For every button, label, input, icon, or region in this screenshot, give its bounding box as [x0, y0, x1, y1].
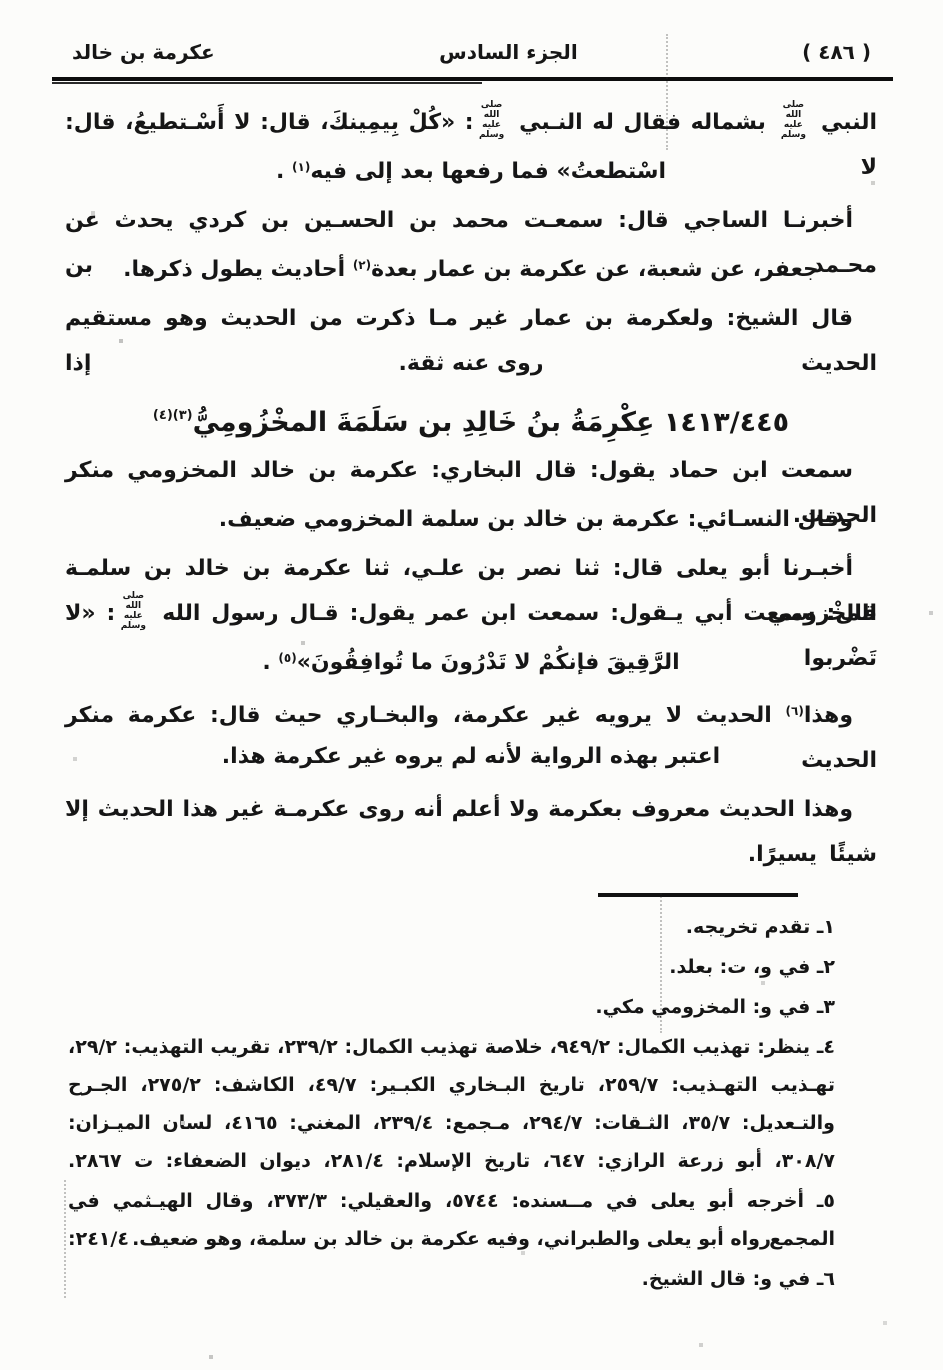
text-line: النبي صلى اللهعليه وسلم بشماله فقال له ا… [65, 100, 877, 145]
footnote-line: ٣٠٨/٧، أبو زرعة الرازي: ٦٤٧، تاريخ الإسل… [68, 1142, 835, 1180]
header-rule [52, 77, 893, 81]
part-title: الجزء السادس [439, 40, 578, 64]
pbuh-line1: صلى الله [474, 100, 510, 120]
paragraph-shaykh-comment: قال الشيخ: ولعكرمة بن عمار غير مـا ذكرت … [65, 296, 877, 386]
footnote-ref-5: (٥) [278, 651, 296, 665]
text-line: قال الشيخ: ولعكرمة بن عمار غير مـا ذكرت … [65, 296, 877, 341]
paragraph-hadith-eat-right-hand: النبي صلى اللهعليه وسلم بشماله فقال له ا… [65, 100, 877, 190]
text-segment: . [276, 159, 292, 184]
pbuh-line1: صلى الله [115, 591, 151, 611]
page-header: ( ٤٨٦ ) الجزء السادس عكرمة بن خالد [72, 40, 871, 64]
text-segment: جعفر، عن شعبة، عن عكرمة بن عمار بعدة [371, 257, 819, 282]
text-line: وقال النسـائي: عكرمة بن خالد بن سلمة الم… [65, 497, 877, 542]
text-line: يسيرًا. [65, 832, 877, 877]
entry-footnote-marks: (٣)(٤) [153, 408, 193, 423]
scan-noise [0, 0, 2, 2]
page-body: النبي صلى اللهعليه وسلم بشماله فقال له ا… [65, 100, 877, 885]
footnote-4-references: ٤ـ ينظر: تهذيب الكمال: ٩٤٩/٢، خلاصة تهذي… [68, 1028, 835, 1180]
text-segment: النبي [811, 110, 877, 135]
text-line: الرَّقِيقَ فإنكُمْ لا تَدْرُونَ ما تُواف… [65, 636, 877, 681]
paragraph-bukhari-quote: سمعت ابن حماد يقول: قال البخاري: عكرمة ب… [65, 448, 877, 493]
footnote-line: والتـعديل: ٣٥/٧، الثـقات: ٢٩٤/٧، مـجمع: … [68, 1104, 835, 1142]
footnote-5-takhrij: ٥ـ أخرجه أبو يعلى في مــسنده: ٥٧٤٤، والع… [68, 1182, 835, 1258]
text-segment: اسْتطعتُ» فما رفعها بعد إلى فيه [310, 159, 666, 184]
text-segment: الرَّقِيقَ فإنكُمْ لا تَدْرُونَ ما تُواف… [297, 650, 680, 675]
text-segment: وهذا [804, 703, 853, 728]
text-line: اعتبر بهذه الرواية لأنه لم يروه غير عكرم… [65, 734, 877, 779]
pbuh-symbol: صلى اللهعليه وسلم [115, 591, 151, 631]
paragraph-conclusion: وهذا الحديث معروف بعكرمة ولا أعلم أنه رو… [65, 787, 877, 877]
footnote-ref-1: (١) [292, 160, 310, 174]
footnote-line: ٥ـ أخرجه أبو يعلى في مــسنده: ٥٧٤٤، والع… [68, 1182, 835, 1220]
paragraph-saji-report: أخبرنـا الساجي قال: سمعـت محمد بن الحسـي… [65, 198, 877, 288]
text-segment: بشماله فقال له النـبي [510, 110, 776, 135]
header-rule-overprint [52, 82, 482, 84]
pbuh-line1: صلى الله [775, 100, 811, 120]
text-line: قال: سمعت أبي يـقول: سمعت ابن عمر يقول: … [65, 591, 877, 636]
pbuh-symbol: صلى اللهعليه وسلم [775, 100, 811, 140]
footnote-line: ٦ـ في و: قال الشيخ. [68, 1260, 835, 1298]
footnote-line: ٣ـ في و: المخزومي مكي. [68, 988, 835, 1026]
pbuh-line2: عليه وسلم [775, 120, 811, 140]
pbuh-symbol: صلى اللهعليه وسلم [474, 100, 510, 140]
footnote-1: ١ـ تقدم تخريجه. [68, 908, 835, 946]
book-page: ( ٤٨٦ ) الجزء السادس عكرمة بن خالد النبي… [0, 0, 943, 1370]
footnote-line: ٤ـ ينظر: تهذيب الكمال: ٩٤٩/٢، خلاصة تهذي… [68, 1028, 835, 1066]
footnote-line: رواه أبو يعلى والطبراني، وفيه عكرمة بن خ… [68, 1220, 835, 1258]
footnote-line: ٢ـ في و، ت: بعلد. [68, 948, 835, 986]
footnote-separator [598, 893, 798, 897]
text-line: أخبـرنا أبو يعلى قال: ثنا نصر بن علـي، ث… [65, 546, 877, 591]
entry-heading: ١٤١٣/٤٤٥ عِكْرِمَةُ بنُ خَالِدِ بن سَلَم… [65, 390, 877, 442]
text-line: وهذا الحديث معروف بعكرمة ولا أعلم أنه رو… [65, 787, 877, 832]
footnote-line: تهـذيب التهـذيب: ٢٥٩/٧، تاريخ البـخاري ا… [68, 1066, 835, 1104]
footnote-line: ١ـ تقدم تخريجه. [68, 908, 835, 946]
paragraph-abu-yala-isnad: أخبـرنا أبو يعلى قال: ثنا نصر بن علـي، ث… [65, 546, 877, 681]
text-line: وهذا(٦) الحديث لا يرويه غير عكرمة، والبخ… [65, 689, 877, 734]
scan-artifact-dotted-line [660, 893, 662, 1033]
text-segment: قال: سمعت أبي يـقول: سمعت ابن عمر يقول: … [151, 601, 877, 626]
pbuh-line2: عليه وسلم [115, 611, 151, 631]
entry-name: عِكْرِمَةُ بنُ خَالِدِ بن سَلَمَةَ المخْ… [193, 407, 655, 438]
entry-number: ١٤١٣/٤٤٥ [664, 407, 789, 438]
footnotes-section: ١ـ تقدم تخريجه. ٢ـ في و، ت: بعلد. ٣ـ في … [68, 908, 835, 1300]
paragraph-nasai-quote: وقال النسـائي: عكرمة بن خالد بن سلمة الم… [65, 497, 877, 542]
text-line: جعفر، عن شعبة، عن عكرمة بن عمار بعدة(٢) … [65, 243, 877, 288]
footnote-ref-2: (٢) [353, 258, 371, 272]
paragraph-hadith-uniqueness: وهذا(٦) الحديث لا يرويه غير عكرمة، والبخ… [65, 689, 877, 779]
pbuh-line2: عليه وسلم [474, 120, 510, 140]
footnote-3: ٣ـ في و: المخزومي مكي. [68, 988, 835, 1026]
text-line: اسْتطعتُ» فما رفعها بعد إلى فيه(١) . [65, 145, 877, 190]
scan-artifact-dotted-line [64, 1180, 66, 1298]
footnote-2: ٢ـ في و، ت: بعلد. [68, 948, 835, 986]
text-line: سمعت ابن حماد يقول: قال البخاري: عكرمة ب… [65, 448, 877, 493]
running-title: عكرمة بن خالد [72, 40, 215, 64]
scan-artifact-dotted-line [666, 34, 668, 150]
page-number: ( ٤٨٦ ) [802, 40, 871, 64]
text-line: أخبرنـا الساجي قال: سمعـت محمد بن الحسـي… [65, 198, 877, 243]
footnote-ref-6: (٦) [786, 704, 804, 718]
text-segment: . [262, 650, 278, 675]
footnote-6: ٦ـ في و: قال الشيخ. [68, 1260, 835, 1298]
text-segment: أحاديث يطول ذكرها. [123, 257, 353, 282]
